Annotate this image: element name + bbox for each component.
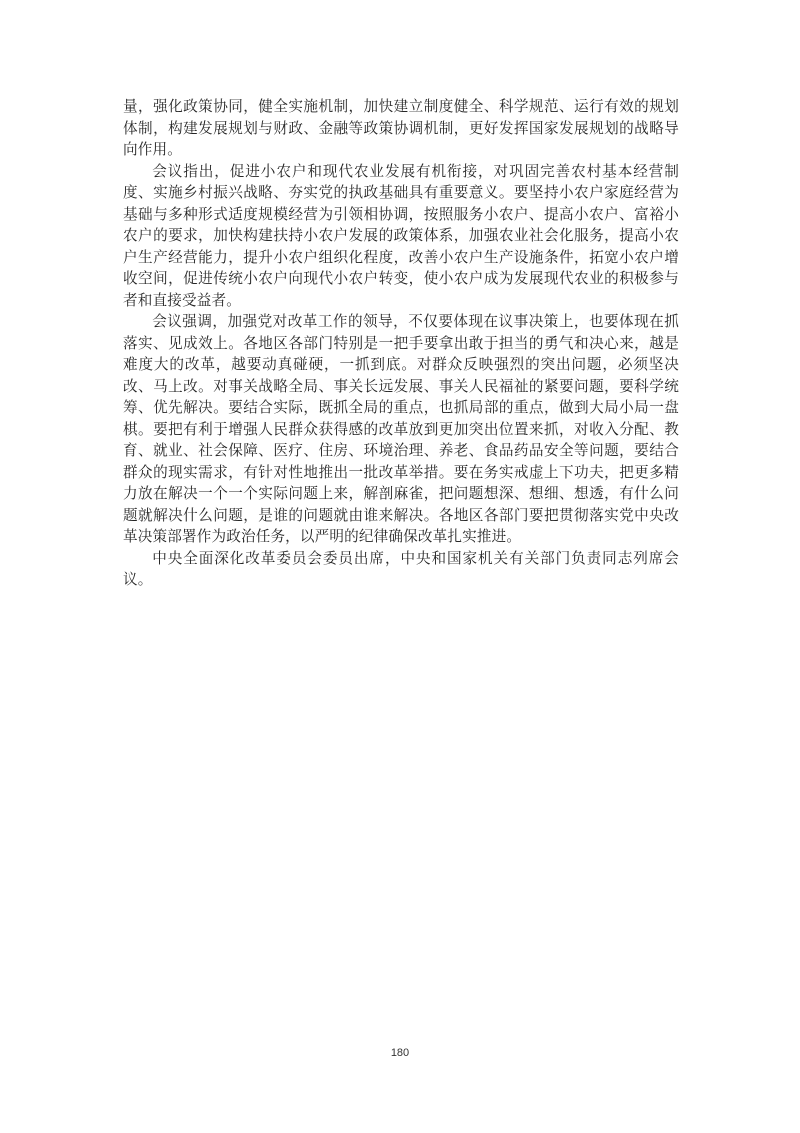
paragraph-attendance: 中央全面深化改革委员会委员出席，中央和国家机关有关部门负责同志列席会议。: [123, 548, 679, 591]
body-text: 量，强化政策协同，健全实施机制，加快建立制度健全、科学规范、运行有效的规划体制，…: [123, 96, 679, 591]
paragraph-continued: 量，强化政策协同，健全实施机制，加快建立制度健全、科学规范、运行有效的规划体制，…: [123, 96, 679, 161]
document-page: 量，强化政策协同，健全实施机制，加快建立制度健全、科学规范、运行有效的规划体制，…: [0, 0, 800, 1133]
paragraph-reform-leadership: 会议强调，加强党对改革工作的领导，不仅要体现在议事决策上，也要体现在抓落实、见成…: [123, 311, 679, 548]
paragraph-small-farmers: 会议指出，促进小农户和现代农业发展有机衔接，对巩固完善农村基本经营制度、实施乡村…: [123, 161, 679, 312]
page-number: 180: [0, 1047, 800, 1059]
